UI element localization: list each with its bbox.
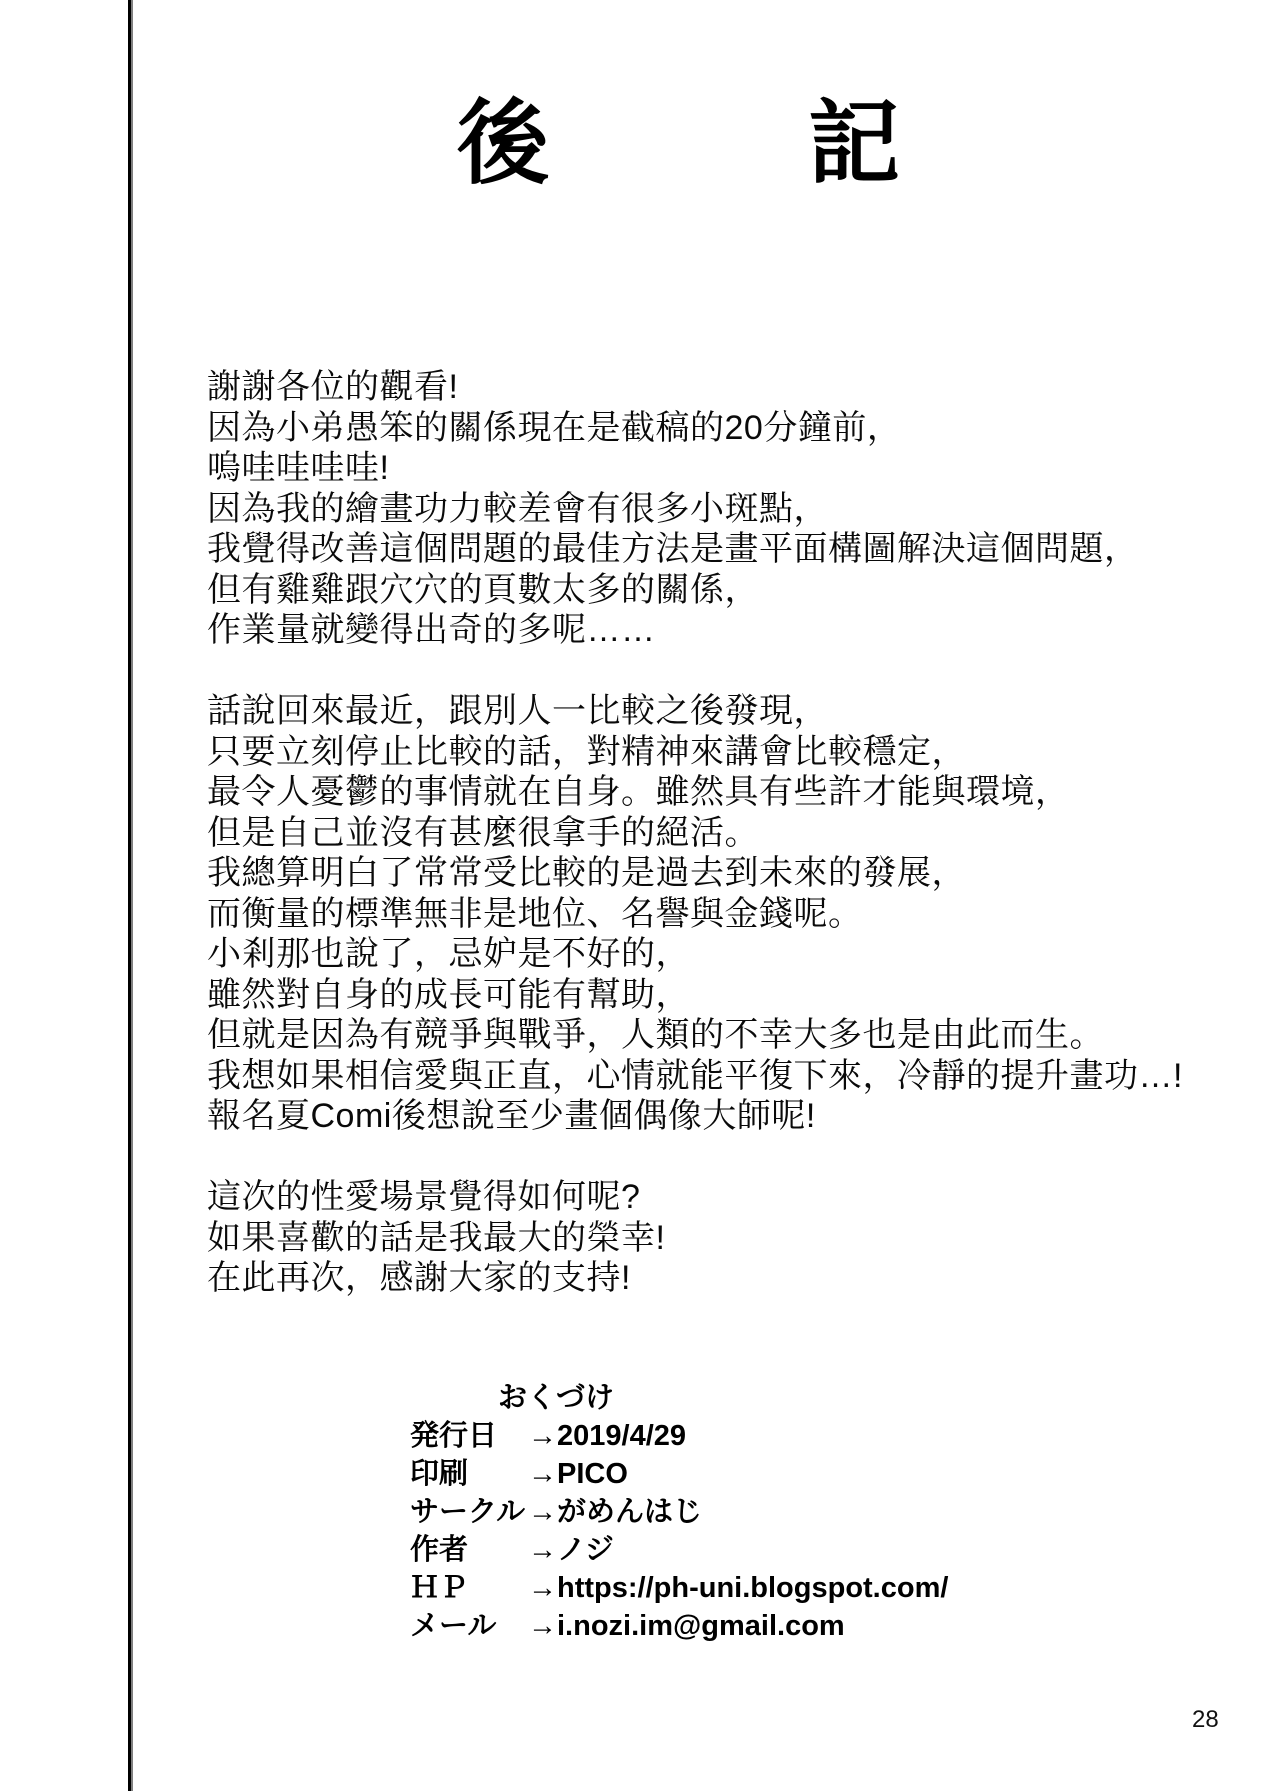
colophon-label: ＨＰ bbox=[410, 1569, 528, 1607]
title-char-left: 後 bbox=[457, 98, 549, 190]
colophon-value: →ノジ bbox=[528, 1531, 614, 1569]
colophon-row-circle: サークル →がめんはじ bbox=[410, 1493, 948, 1531]
colophon-value-homepage-url: →https://ph-uni.blogspot.com/ bbox=[528, 1569, 948, 1607]
colophon-value: →2019/4/29 bbox=[528, 1417, 686, 1455]
colophon-row-homepage: ＨＰ →https://ph-uni.blogspot.com/ bbox=[410, 1569, 948, 1607]
afterword-page: 後 記 謝謝各位的觀看! 因為小弟愚笨的關係現在是截稿的20分鐘前， 嗚哇哇哇哇… bbox=[0, 0, 1280, 1791]
colophon-row-publish-date: 発行日 →2019/4/29 bbox=[410, 1417, 948, 1455]
colophon-value-email-address: →i.nozi.im@gmail.com bbox=[528, 1607, 845, 1645]
title-char-right: 記 bbox=[808, 98, 900, 190]
colophon-row-email: メール →i.nozi.im@gmail.com bbox=[410, 1607, 948, 1645]
colophon-heading: おくづけ bbox=[410, 1379, 948, 1417]
colophon-label: 発行日 bbox=[410, 1417, 528, 1455]
page-spine-line bbox=[128, 0, 133, 1791]
colophon-row-printer: 印刷 →PICO bbox=[410, 1455, 948, 1493]
colophon-label: メール bbox=[410, 1607, 528, 1645]
colophon-row-author: 作者 →ノジ bbox=[410, 1531, 948, 1569]
afterword-body-text: 謝謝各位的觀看! 因為小弟愚笨的關係現在是截稿的20分鐘前， 嗚哇哇哇哇! 因為… bbox=[207, 367, 1227, 1299]
page-title: 後 記 bbox=[457, 98, 900, 190]
colophon: おくづけ 発行日 →2019/4/29 印刷 →PICO サークル →がめんはじ… bbox=[410, 1379, 948, 1645]
colophon-label: 作者 bbox=[410, 1531, 528, 1569]
colophon-value: →がめんはじ bbox=[528, 1493, 702, 1531]
colophon-value: →PICO bbox=[528, 1455, 628, 1493]
page-number: 28 bbox=[1192, 1706, 1219, 1734]
colophon-label: サークル bbox=[410, 1493, 528, 1531]
colophon-label: 印刷 bbox=[410, 1455, 528, 1493]
